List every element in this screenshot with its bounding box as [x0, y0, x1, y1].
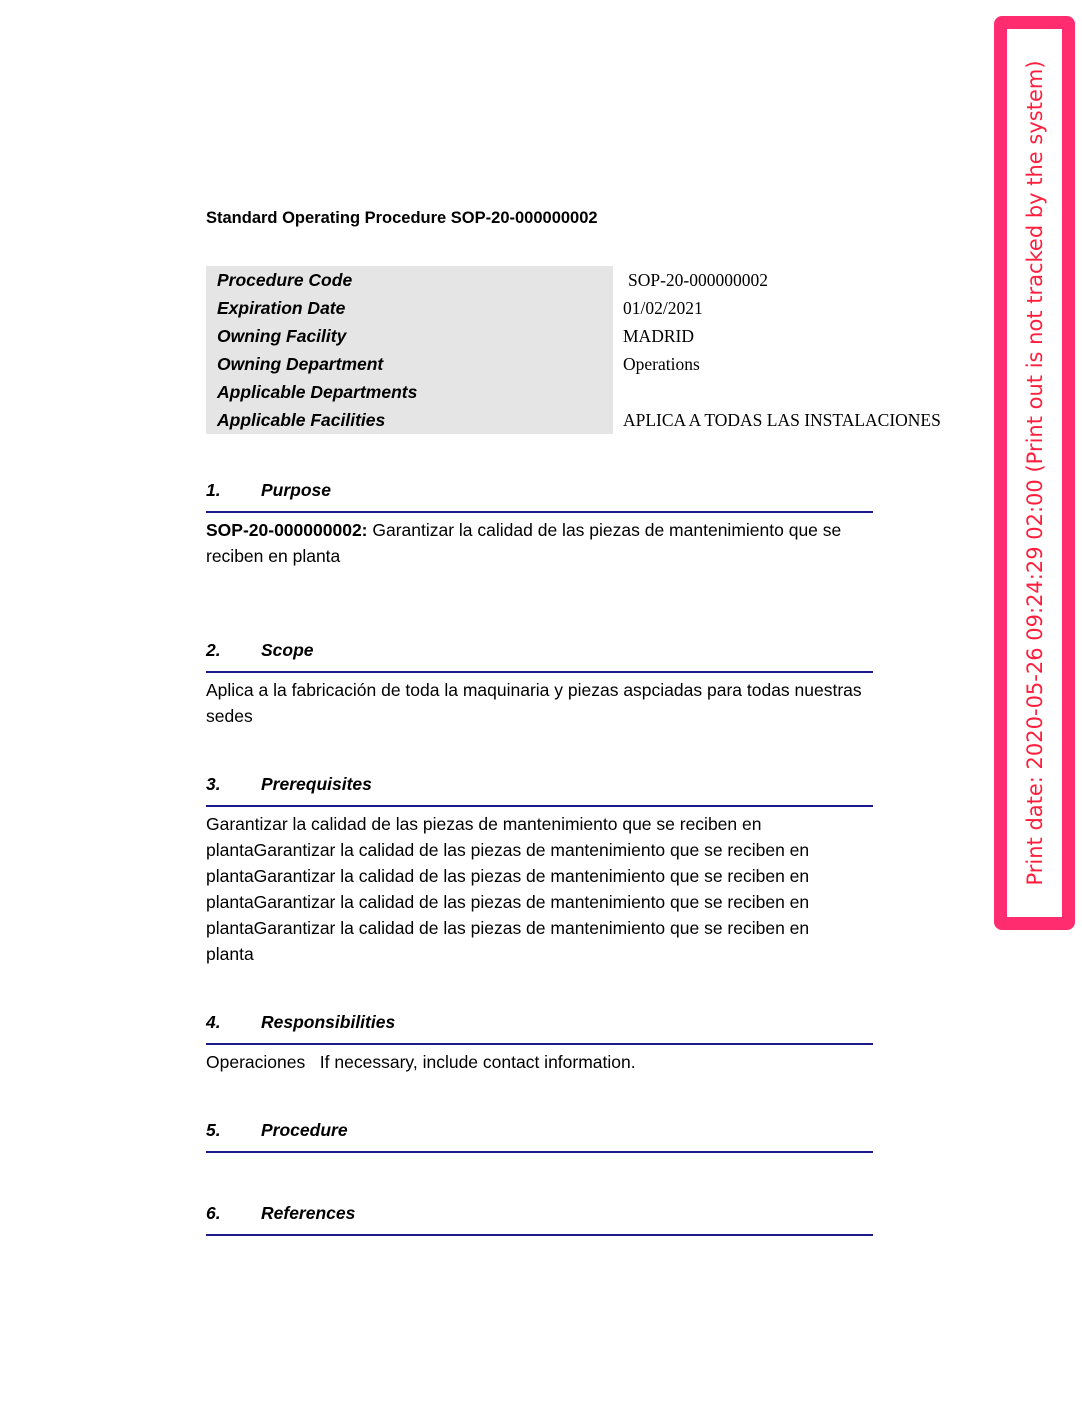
meta-label: Owning Facility [206, 322, 613, 350]
print-date-text: Print date: 2020-05-26 09:24:29 02:00 (P… [1023, 60, 1047, 885]
section-number: 2. [206, 636, 261, 664]
section-heading: 3.Prerequisites [206, 770, 873, 807]
section-number: 1. [206, 476, 261, 504]
meta-label: Applicable Facilities [206, 406, 613, 434]
meta-value: 01/02/2021 [613, 294, 941, 322]
section-title: Responsibilities [261, 1012, 395, 1032]
section-body: Garantizar la calidad de las piezas de m… [206, 811, 831, 967]
meta-row: Applicable Departments [206, 378, 941, 406]
section-body: Operaciones If necessary, include contac… [206, 1049, 873, 1075]
section-title: Purpose [261, 480, 331, 500]
meta-row: Expiration Date 01/02/2021 [206, 294, 941, 322]
section-references: 6.References [206, 1199, 873, 1236]
section-purpose: 1.Purpose SOP-20-000000002: Garantizar l… [206, 476, 873, 569]
section-title: Prerequisites [261, 774, 372, 794]
section-prerequisites: 3.Prerequisites Garantizar la calidad de… [206, 770, 873, 967]
section-heading: 4.Responsibilities [206, 1008, 873, 1045]
meta-row: Owning Facility MADRID [206, 322, 941, 350]
section-number: 6. [206, 1199, 261, 1227]
section-heading: 6.References [206, 1199, 873, 1236]
section-heading: 1.Purpose [206, 476, 873, 513]
section-number: 3. [206, 770, 261, 798]
section-procedure: 5.Procedure [206, 1116, 873, 1153]
meta-row: Owning Department Operations [206, 350, 941, 378]
section-responsibilities: 4.Responsibilities Operaciones If necess… [206, 1008, 873, 1075]
section-title: References [261, 1203, 355, 1223]
meta-label: Owning Department [206, 350, 613, 378]
meta-row: Applicable Facilities APLICA A TODAS LAS… [206, 406, 941, 434]
meta-label: Applicable Departments [206, 378, 613, 406]
section-body: SOP-20-000000002: Garantizar la calidad … [206, 517, 873, 569]
meta-row: Procedure Code SOP-20-000000002 [206, 266, 941, 294]
section-heading: 5.Procedure [206, 1116, 873, 1153]
document-title: Standard Operating Procedure SOP-20-0000… [206, 209, 598, 228]
meta-value: APLICA A TODAS LAS INSTALACIONES [613, 406, 941, 434]
section-body: Aplica a la fabricación de toda la maqui… [206, 677, 873, 729]
procedure-code-label: SOP-20-000000002: [206, 520, 368, 540]
meta-value [613, 378, 941, 406]
section-number: 4. [206, 1008, 261, 1036]
print-date-stamp: Print date: 2020-05-26 09:24:29 02:00 (P… [994, 16, 1075, 930]
meta-value: SOP-20-000000002 [613, 266, 941, 294]
section-heading: 2.Scope [206, 636, 873, 673]
meta-value: Operations [613, 350, 941, 378]
procedure-metadata-table: Procedure Code SOP-20-000000002 Expirati… [206, 266, 941, 434]
section-scope: 2.Scope Aplica a la fabricación de toda … [206, 636, 873, 729]
section-title: Scope [261, 640, 314, 660]
meta-label: Procedure Code [206, 266, 613, 294]
meta-label: Expiration Date [206, 294, 613, 322]
section-title: Procedure [261, 1120, 348, 1140]
meta-value: MADRID [613, 322, 941, 350]
section-number: 5. [206, 1116, 261, 1144]
